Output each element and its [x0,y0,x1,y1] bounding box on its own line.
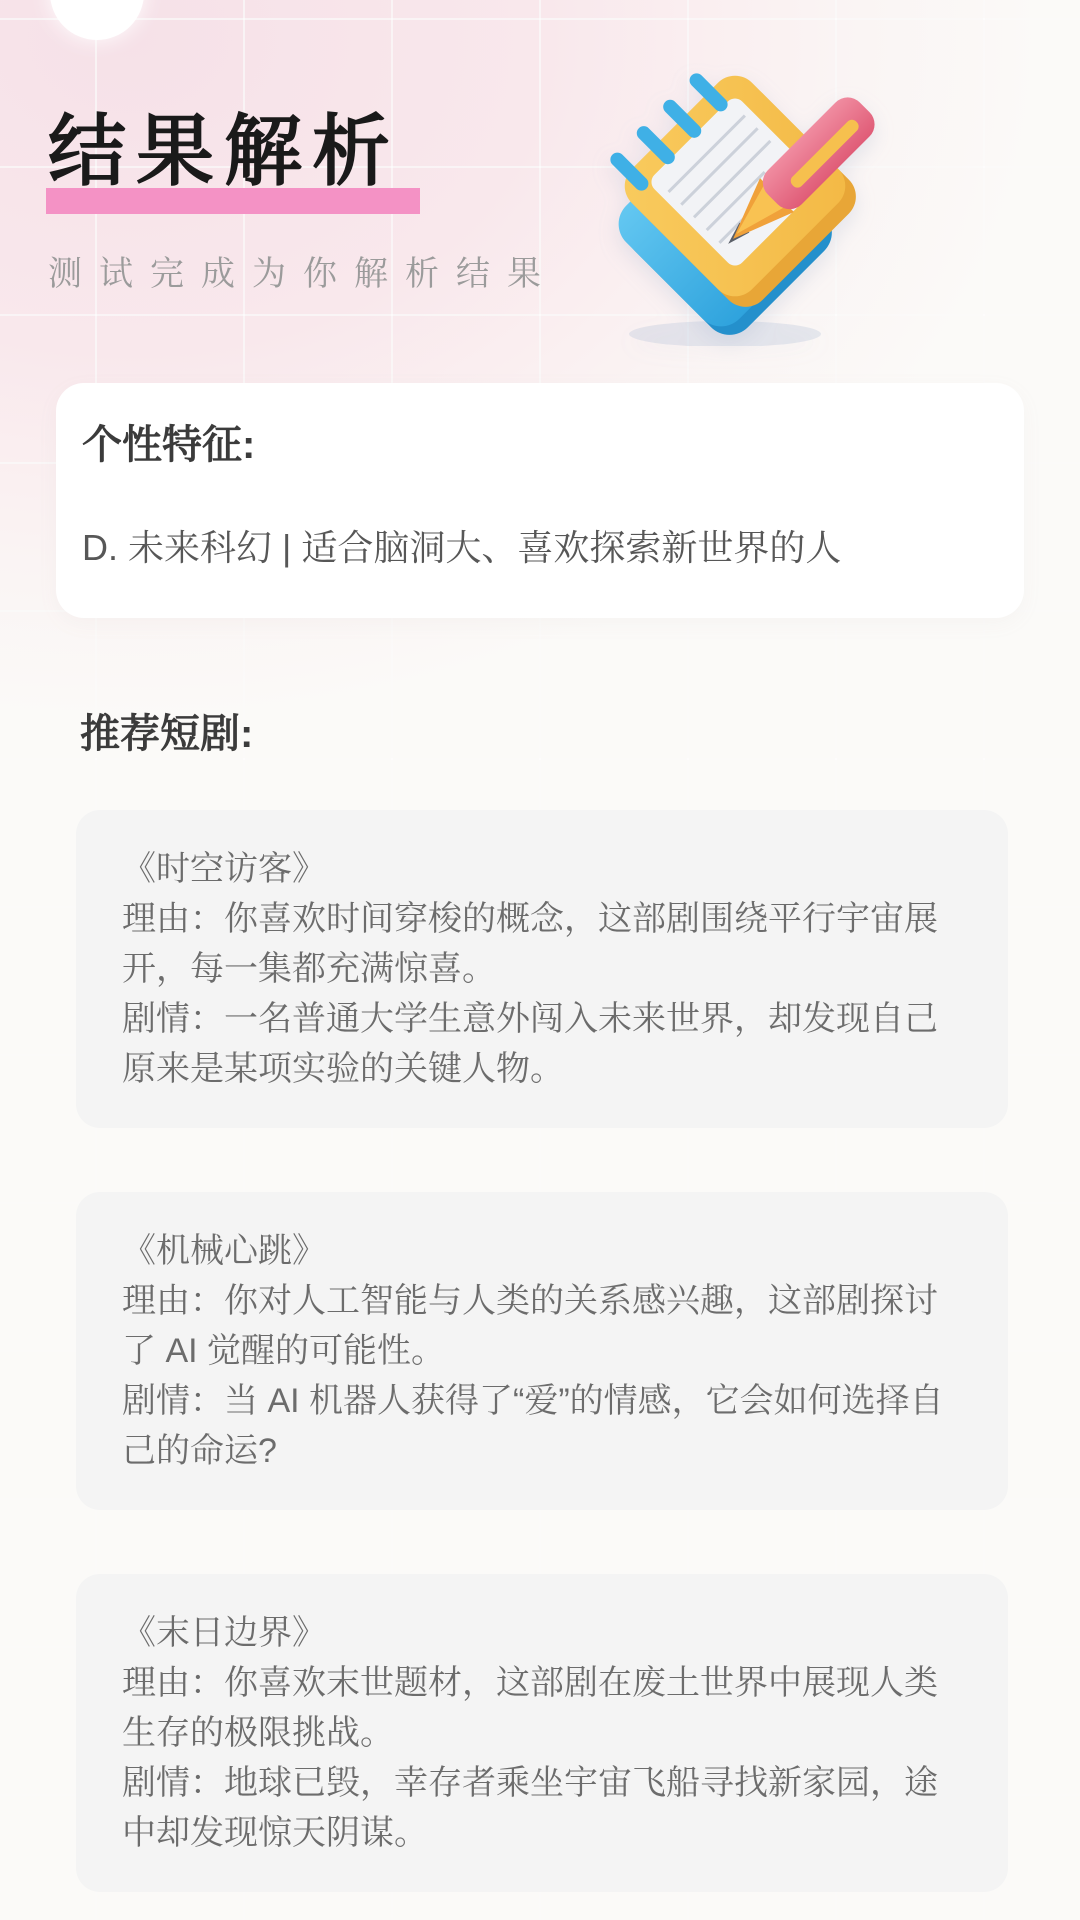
drama-plot: 剧情：当 AI 机器人获得了“爱”的情感，它会如何选择自己的命运? [122,1376,962,1476]
recommendation-card: 《末日边界》 理由：你喜欢末世题材，这部剧在废土世界中展现人类生存的极限挑战。 … [76,1574,1008,1892]
notebook-pen-icon [583,46,883,346]
personality-heading: 个性特征: [82,421,998,469]
recommendation-card-list: 《时空访客》 理由：你喜欢时间穿梭的概念，这部剧围绕平行宇宙展开，每一集都充满惊… [0,810,1080,1892]
drama-title: 《时空访客》 [122,844,962,894]
title-wrap: 结果解析 [48,112,400,190]
drama-reason: 理由：你喜欢时间穿梭的概念，这部剧围绕平行宇宙展开，每一集都充满惊喜。 [122,894,962,994]
drama-title: 《末日边界》 [122,1608,962,1658]
drama-reason: 理由：你喜欢末世题材，这部剧在废土世界中展现人类生存的极限挑战。 [122,1658,962,1758]
recommendation-card: 《机械心跳》 理由：你对人工智能与人类的关系感兴趣，这部剧探讨了 AI 觉醒的可… [76,1192,1008,1510]
recommendation-card: 《时空访客》 理由：你喜欢时间穿梭的概念，这部剧围绕平行宇宙展开，每一集都充满惊… [76,810,1008,1128]
hero-section: 结果解析 测试完成为你解析结果 [0,0,1080,295]
drama-plot: 剧情：地球已毁，幸存者乘坐宇宙飞船寻找新家园，途中却发现惊天阴谋。 [122,1758,962,1858]
page-subtitle: 测试完成为你解析结果 [48,246,1080,295]
recommendations-heading: 推荐短剧: [80,710,1080,758]
page-title: 结果解析 [48,112,400,190]
result-page: 结果解析 测试完成为你解析结果 [0,0,1080,1920]
drama-reason: 理由：你对人工智能与人类的关系感兴趣，这部剧探讨了 AI 觉醒的可能性。 [122,1276,962,1376]
drama-title: 《机械心跳》 [122,1226,962,1276]
personality-answer: D. 未来科幻 | 适合脑洞大、喜欢探索新世界的人 [82,525,998,570]
drama-plot: 剧情：一名普通大学生意外闯入未来世界，却发现自己原来是某项实验的关键人物。 [122,994,962,1094]
personality-card: 个性特征: D. 未来科幻 | 适合脑洞大、喜欢探索新世界的人 [56,383,1024,618]
